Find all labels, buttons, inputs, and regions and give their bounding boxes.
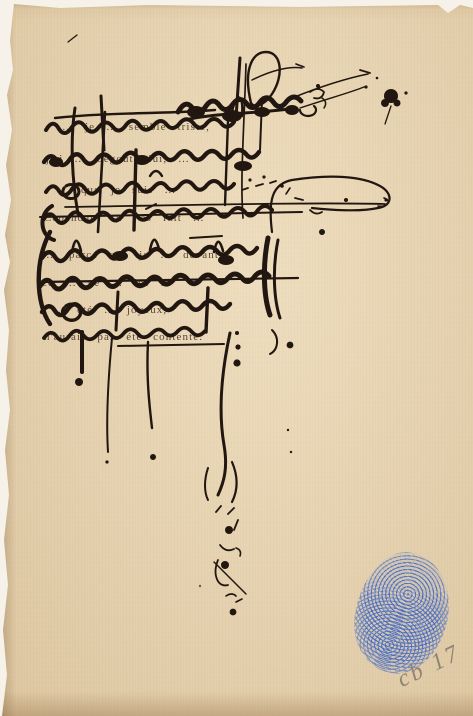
ink-drips (75, 331, 292, 495)
arrow-line-and-loop (65, 175, 390, 235)
lower-scribble-block (39, 232, 298, 354)
stray-tick-mark (68, 35, 77, 42)
ink-knot-upper-right (376, 77, 408, 124)
upper-scribble-block (40, 96, 302, 240)
